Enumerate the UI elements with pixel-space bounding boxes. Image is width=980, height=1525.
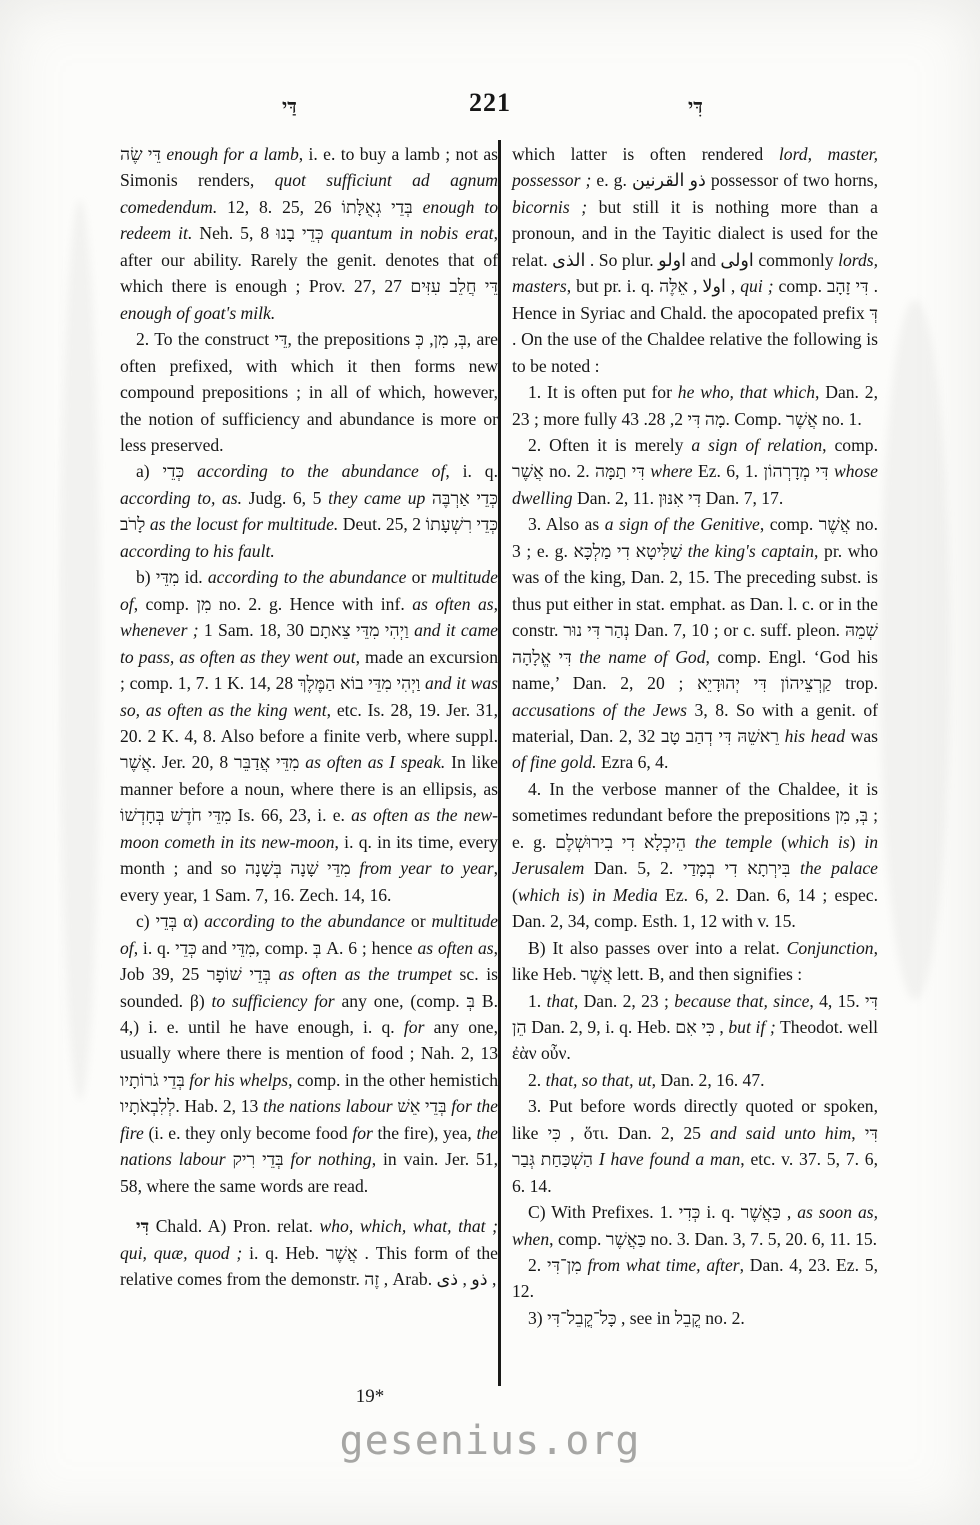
entry-headword: דִּי <box>136 1216 149 1236</box>
paragraph: דֵּי שֶׂה enough for a lamb, i. e. to bu… <box>120 141 498 326</box>
paragraph: c) בְּדֵי α) according to the abundance … <box>120 908 498 1199</box>
printer-signature-mark: 19* <box>300 1386 440 1408</box>
paragraph: B) It also passes over into a relat. Con… <box>512 935 878 988</box>
paragraph: 1. that, Dan. 2, 23 ; because that, sinc… <box>512 988 878 1067</box>
scan-artifact <box>60 200 100 1100</box>
paragraph: b) מִדֵּי id. according to the abundance… <box>120 564 498 908</box>
paragraph: דִּי Chald. A) Pron. relat. who, which, … <box>120 1213 498 1292</box>
column-divider-rule <box>498 140 501 1386</box>
paragraph: 4. In the verbose manner of the Chaldee,… <box>512 776 878 935</box>
paragraph: 2. To the construct דֵּי, the prepositio… <box>120 326 498 458</box>
running-head-right: דִּי <box>688 96 703 119</box>
watermark-text: gesenius.org <box>0 1418 980 1464</box>
scanned-lexicon-page: דַּי 221 דִּי דֵּי שֶׂה enough for a lam… <box>0 0 980 1525</box>
scan-artifact <box>880 300 950 1000</box>
page-number: 221 <box>440 88 540 118</box>
paragraph: C) With Prefixes. 1. כְּדִי i. q. כַּאֲש… <box>512 1199 878 1252</box>
paragraph: a) כְּדֵי according to the abundance of,… <box>120 458 498 564</box>
running-head-left: דַּי <box>282 96 297 119</box>
paragraph: 2. Often it is merely a sign of relation… <box>512 432 878 511</box>
right-text-column: which latter is often rendered lord, mas… <box>512 141 878 1331</box>
paragraph: 3. Also as a sign of the Genitive, comp.… <box>512 511 878 776</box>
paragraph: 1. It is often put for he who, that whic… <box>512 379 878 432</box>
paragraph: which latter is often rendered lord, mas… <box>512 141 878 379</box>
left-text-column: דֵּי שֶׂה enough for a lamb, i. e. to bu… <box>120 141 498 1292</box>
paragraph: 3) כָּל־קֳבֵל־דִּי , see in קֳבֵל no. 2. <box>512 1305 878 1331</box>
paragraph: 2. מִן־דִּי from what time, after, Dan. … <box>512 1252 878 1305</box>
paragraph: 2. that, so that, ut, Dan. 2, 16. 47. <box>512 1067 878 1093</box>
paragraph: 3. Put before words directly quoted or s… <box>512 1093 878 1199</box>
